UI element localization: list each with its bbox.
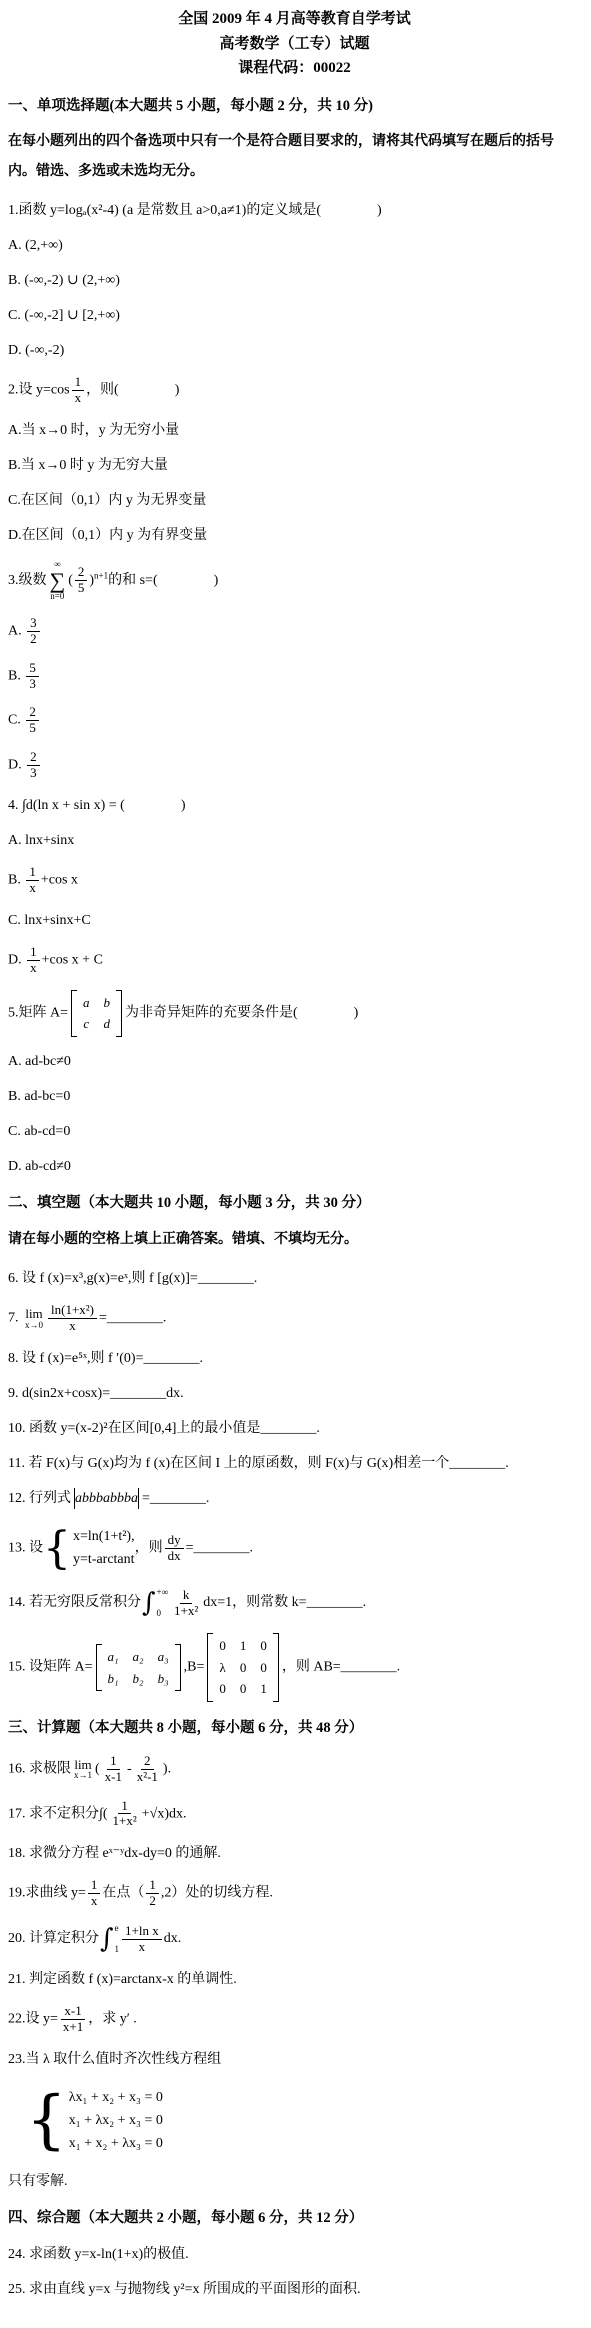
fraction: 1x — [72, 375, 85, 406]
determinant: abbbabbba — [74, 1488, 139, 1509]
det-cell: b — [110, 1491, 117, 1506]
sigma-icon: ∑ — [50, 570, 66, 592]
option-5-c: C. ab-cd=0 — [8, 1121, 581, 1142]
det-cell: b — [96, 1491, 103, 1506]
equation-system: {x=ln(1+t²),y=t-arctant — [43, 1525, 135, 1571]
question-3-pre: 3.级数 — [8, 573, 47, 588]
question-number: 7. — [8, 1311, 19, 1326]
matrix-cell: a₂ — [133, 1647, 144, 1667]
fraction-denominator: 5 — [26, 721, 39, 736]
section1-heading: 一、单项选择题(本大题共 5 小题，每小题 2 分，共 10 分) — [8, 96, 581, 118]
fraction-denominator: 1+x² — [171, 1604, 201, 1619]
bracket-right — [116, 990, 122, 1037]
system-row: x=ln(1+t²), — [73, 1525, 135, 1548]
integral-upper-limit: +∞ — [157, 1588, 169, 1597]
fraction: k1+x² — [171, 1588, 201, 1619]
fraction-denominator: 5 — [75, 581, 88, 596]
question-5: 5.矩阵 A=abcd为非奇异矩阵的充要条件是( ) — [8, 990, 581, 1037]
matrix-cell: 0 — [219, 1679, 226, 1699]
fraction: ln(1+x²)x — [48, 1303, 97, 1334]
fraction-numerator: 1+ln x — [122, 1924, 162, 1940]
question-23-tail: 只有零解. — [8, 2171, 581, 2192]
fraction: 11+x² — [110, 1799, 140, 1830]
option-5-d: D. ab-cd≠0 — [8, 1156, 581, 1177]
fraction-denominator: 1+x² — [110, 1814, 140, 1829]
fraction-denominator: 3 — [26, 677, 39, 692]
fraction-denominator: x-1 — [102, 1770, 125, 1785]
det-cell: a — [75, 1491, 82, 1506]
exponent: n+1 — [94, 570, 108, 580]
question-15-post: ，则 AB=________. — [282, 1660, 400, 1675]
integral-upper-limit: e — [115, 1924, 120, 1933]
section1-instructions: 在每小题列出的四个备选项中只有一个是符合题目要求的，请将其代码填写在题后的括号内… — [8, 127, 581, 186]
paren-close: ). — [163, 1761, 171, 1776]
matrix-cell: 1 — [240, 1636, 247, 1656]
question-3-post: 的和 s=( ) — [108, 573, 218, 588]
det-cell: a — [103, 1491, 110, 1506]
question-25: 25. 求由直线 y=x 与抛物线 y²=x 所围成的平面图形的面积. — [8, 2279, 581, 2300]
lim-subscript: x→1 — [74, 1771, 92, 1780]
paren-open: ( — [95, 1761, 100, 1776]
fraction-numerator: dy — [165, 1533, 184, 1549]
question-6: 6. 设 f (x)=x³,g(x)=eˣ,则 f [g(x)]=_______… — [8, 1268, 581, 1289]
option-2-b: B.当 x→0 时 y 为无穷大量 — [8, 455, 581, 476]
section2-heading: 二、填空题（本大题共 10 小题，每小题 3 分，共 30 分） — [8, 1193, 581, 1215]
question-14-post: dx=1，则常数 k=________. — [203, 1596, 366, 1611]
fraction: 53 — [26, 661, 39, 692]
question-17-post: +√x)dx. — [142, 1806, 187, 1821]
option-4-b: B. 1x+cos x — [8, 865, 581, 896]
section2-instructions: 请在每小题的空格上填上正确答案。错填、不填均无分。 — [8, 1225, 581, 1254]
fraction-numerator: 3 — [27, 616, 40, 632]
question-21: 21. 判定函数 f (x)=arctanx-x 的单调性. — [8, 1969, 581, 1990]
question-13: 13. 设{x=ln(1+t²),y=t-arctant，则dydx=_____… — [8, 1523, 581, 1573]
question-7: 7. limx→0ln(1+x²)x=________. — [8, 1303, 581, 1334]
question-11: 11. 若 F(x)与 G(x)均为 f (x)在区间 I 上的原函数，则 F(… — [8, 1453, 581, 1474]
fraction-denominator: x — [66, 1319, 79, 1334]
question-7-post: =________. — [99, 1311, 166, 1326]
question-5-post: 为非奇异矩阵的充要条件是( ) — [125, 1006, 358, 1021]
option-3-d: D. 23 — [8, 750, 581, 781]
option-5-a: A. ad-bc≠0 — [8, 1051, 581, 1072]
question-12-post: =________. — [142, 1491, 209, 1506]
option-letter: B. — [8, 668, 21, 683]
question-2-post: ，则( ) — [86, 383, 179, 398]
option-2-c: C.在区间（0,1）内 y 为无界变量 — [8, 490, 581, 511]
question-19: 19.求曲线 y=1x在点（12,2）处的切线方程. — [8, 1878, 581, 1909]
question-15: 15. 设矩阵 A=a₁a₂a₃b₁b₂b₃,B=010λ00001，则 AB=… — [8, 1633, 581, 1702]
fraction-denominator: x+1 — [60, 2020, 86, 2035]
fraction-denominator: x — [72, 391, 85, 406]
bracket-right — [175, 1644, 181, 1691]
option-tail: +cos x + C — [42, 953, 103, 968]
det-cell: a — [131, 1491, 138, 1506]
fraction: 25 — [26, 705, 39, 736]
question-1: 1.函数 y=logₐ(x²-4) (a 是常数且 a>0,a≠1)的定义域是(… — [8, 200, 581, 221]
system-row: λx₁ + x₂ + x₃ = 0 — [69, 2086, 163, 2109]
fraction-denominator: 2 — [146, 1894, 159, 1909]
question-15-mid: ,B= — [184, 1660, 205, 1675]
fraction: 1x — [27, 945, 40, 976]
question-15-pre: 15. 设矩阵 A= — [8, 1660, 93, 1675]
option-3-b: B. 53 — [8, 661, 581, 692]
matrix-cell: 0 — [260, 1658, 267, 1678]
question-2: 2.设 y=cos1x，则( ) — [8, 375, 581, 406]
integral-icon: ∫ — [142, 1590, 156, 1616]
minus-sign: - — [127, 1761, 132, 1776]
question-19-post: ,2）处的切线方程. — [161, 1886, 273, 1901]
question-17-pre: 17. 求不定积分∫( — [8, 1806, 108, 1821]
lim-word: lim — [25, 1307, 42, 1321]
fraction-denominator: 2 — [27, 632, 40, 647]
question-22-post: ，求 y′ . — [88, 2012, 137, 2027]
fraction: x-1x+1 — [60, 2004, 86, 2035]
option-letter: C. — [8, 713, 21, 728]
det-cell: b — [124, 1491, 131, 1506]
fraction: 1+ln xx — [122, 1924, 162, 1955]
matrix-cell: b — [104, 993, 111, 1013]
question-22-pre: 22.设 y= — [8, 2012, 58, 2027]
integral-operator: ∫+∞0 — [142, 1587, 168, 1619]
option-2-d: D.在区间（0,1）内 y 为有界变量 — [8, 525, 581, 546]
system-row: x₁ + λx₂ + x₃ = 0 — [69, 2109, 163, 2132]
matrix-cell: 0 — [240, 1679, 247, 1699]
matrix-B: 010λ00001 — [207, 1633, 279, 1702]
fraction-denominator: 3 — [27, 766, 40, 781]
question-9: 9. d(sin2x+cosx)=________dx. — [8, 1383, 581, 1404]
exam-title-line2: 高考数学（工专）试题 — [8, 33, 581, 56]
question-22: 22.设 y=x-1x+1，求 y′ . — [8, 2004, 581, 2035]
fraction: 2x²-1 — [134, 1754, 161, 1785]
question-19-mid: 在点（ — [102, 1886, 144, 1901]
fraction-numerator: 1 — [146, 1878, 159, 1894]
brace-icon: { — [26, 2092, 67, 2150]
paren-open: ( — [68, 573, 73, 588]
course-code: 课程代码：00022 — [8, 57, 581, 80]
system-row: y=t-arctant — [73, 1548, 135, 1571]
fraction-numerator: 2 — [75, 565, 88, 581]
question-23-system: {λx₁ + x₂ + x₃ = 0x₁ + λx₂ + x₃ = 0x₁ + … — [26, 2084, 581, 2157]
question-13-post: =________. — [186, 1541, 253, 1556]
question-17: 17. 求不定积分∫(11+x²+√x)dx. — [8, 1799, 581, 1830]
question-13-mid: ，则 — [135, 1541, 163, 1556]
question-2-pre: 2.设 y=cos — [8, 383, 70, 398]
fraction-numerator: 1 — [107, 1754, 120, 1770]
option-4-d: D. 1x+cos x + C — [8, 945, 581, 976]
question-14: 14. 若无穷限反常积分∫+∞0k1+x²dx=1，则常数 k=________… — [8, 1587, 581, 1619]
fraction-numerator: 1 — [26, 865, 39, 881]
question-10: 10. 函数 y=(x-2)²在区间[0,4]上的最小值是________. — [8, 1418, 581, 1439]
lim-subscript: x→0 — [25, 1321, 43, 1330]
question-13-pre: 13. 设 — [8, 1541, 43, 1556]
matrix-cell: b₃ — [158, 1669, 169, 1689]
option-1-c: C. (-∞,-2] ∪ [2,+∞) — [8, 305, 581, 326]
matrix-cell: a₃ — [158, 1647, 169, 1667]
question-4: 4. ∫d(ln x + sin x) = ( ) — [8, 795, 581, 816]
fraction-numerator: 1 — [118, 1799, 131, 1815]
question-16: 16. 求极限limx→1(1x-1-2x²-1). — [8, 1754, 581, 1785]
fraction: 1x-1 — [102, 1754, 125, 1785]
fraction-denominator: x²-1 — [134, 1770, 161, 1785]
fraction-numerator: 2 — [141, 1754, 154, 1770]
integral-lower-limit: 1 — [115, 1945, 120, 1954]
question-12-pre: 12. 行列式 — [8, 1491, 71, 1506]
fraction: dydx — [165, 1533, 184, 1564]
det-cell: b — [89, 1491, 96, 1506]
option-letter: D. — [8, 758, 22, 773]
equation-system: {λx₁ + x₂ + x₃ = 0x₁ + λx₂ + x₃ = 0x₁ + … — [26, 2086, 163, 2155]
option-2-a: A.当 x→0 时，y 为无穷小量 — [8, 420, 581, 441]
fraction: 1x — [88, 1878, 101, 1909]
fraction: 23 — [27, 750, 40, 781]
matrix-cell: 0 — [219, 1636, 226, 1656]
option-1-d: D. (-∞,-2) — [8, 340, 581, 361]
fraction-denominator: dx — [165, 1549, 184, 1564]
question-19-pre: 19.求曲线 y= — [8, 1886, 86, 1901]
matrix-cell: 0 — [240, 1658, 247, 1678]
matrix-cell: 1 — [260, 1679, 267, 1699]
option-letter: D. — [8, 953, 22, 968]
option-5-b: B. ad-bc=0 — [8, 1086, 581, 1107]
sigma-operator: ∞∑n=0 — [50, 560, 66, 602]
section4-heading: 四、综合题（本大题共 2 小题，每小题 6 分，共 12 分） — [8, 2208, 581, 2230]
matrix-cell: c — [83, 1014, 89, 1034]
option-tail: +cos x — [41, 873, 78, 888]
fraction-numerator: ln(1+x²) — [48, 1303, 97, 1319]
question-16-pre: 16. 求极限 — [8, 1761, 71, 1776]
question-20-post: dx. — [164, 1932, 182, 1947]
fraction-numerator: 2 — [27, 750, 40, 766]
option-3-c: C. 25 — [8, 705, 581, 736]
exam-title-line1: 全国 2009 年 4 月高等教育自学考试 — [8, 8, 581, 31]
brace-icon: { — [43, 1529, 71, 1569]
fraction-denominator: x — [26, 881, 39, 896]
matrix-cell: λ — [219, 1658, 225, 1678]
matrix-cell: a₁ — [108, 1647, 119, 1667]
option-1-b: B. (-∞,-2) ∪ (2,+∞) — [8, 270, 581, 291]
limit-operator: limx→1 — [74, 1758, 92, 1781]
question-23: 23.当 λ 取什么值时齐次性线方程组 — [8, 2049, 581, 2070]
system-row: x₁ + x₂ + λx₃ = 0 — [69, 2132, 163, 2155]
det-cell: b — [82, 1491, 89, 1506]
fraction-numerator: k — [180, 1588, 193, 1604]
integral-lower-limit: 0 — [157, 1609, 169, 1618]
det-cell: b — [117, 1491, 124, 1506]
fraction-numerator: 1 — [88, 1878, 101, 1894]
fraction-denominator: x — [136, 1940, 149, 1955]
section3-heading: 三、计算题（本大题共 8 小题，每小题 6 分，共 48 分） — [8, 1718, 581, 1740]
question-14-pre: 14. 若无穷限反常积分 — [8, 1596, 141, 1611]
option-4-c: C. lnx+sinx+C — [8, 910, 581, 931]
limit-operator: limx→0 — [25, 1307, 43, 1330]
integral-icon: ∫ — [100, 1926, 114, 1952]
bracket-right — [273, 1633, 279, 1702]
option-letter: B. — [8, 873, 21, 888]
matrix-cell: b₁ — [108, 1669, 119, 1689]
matrix-cell: 0 — [260, 1636, 267, 1656]
exam-paper: 全国 2009 年 4 月高等教育自学考试 高考数学（工专）试题 课程代码：00… — [0, 0, 591, 2328]
fraction-numerator: 1 — [27, 945, 40, 961]
fraction-denominator: x — [27, 961, 40, 976]
fraction-numerator: x-1 — [61, 2004, 84, 2020]
question-24: 24. 求函数 y=x-ln(1+x)的极值. — [8, 2244, 581, 2265]
fraction: 12 — [146, 1878, 159, 1909]
option-4-a: A. lnx+sinx — [8, 830, 581, 851]
fraction-numerator: 5 — [26, 661, 39, 677]
matrix-cell: a — [83, 993, 90, 1013]
fraction-denominator: x — [88, 1894, 101, 1909]
question-8: 8. 设 f (x)=e⁵ˣ,则 f ′(0)=________. — [8, 1348, 581, 1369]
fraction-numerator: 2 — [26, 705, 39, 721]
question-5-pre: 5.矩阵 A= — [8, 1006, 68, 1021]
option-3-a: A. 32 — [8, 616, 581, 647]
question-20-pre: 20. 计算定积分 — [8, 1932, 99, 1947]
sigma-lower-limit: n=0 — [50, 592, 64, 602]
matrix-cell: b₂ — [133, 1669, 144, 1689]
question-1-text: 1.函数 y=logₐ(x²-4) (a 是常数且 a>0,a≠1)的定义域是(… — [8, 203, 382, 218]
question-12: 12. 行列式abbbabbba=________. — [8, 1488, 581, 1509]
fraction: 1x — [26, 865, 39, 896]
matrix-cell: d — [104, 1014, 111, 1034]
matrix-A: a₁a₂a₃b₁b₂b₃ — [96, 1644, 181, 1691]
question-3: 3.级数∞∑n=0(25)n+1的和 s=( ) — [8, 560, 581, 602]
matrix: abcd — [71, 990, 122, 1037]
fraction: 32 — [27, 616, 40, 647]
integral-operator: ∫e1 — [100, 1923, 119, 1955]
option-letter: A. — [8, 623, 22, 638]
question-20: 20. 计算定积分∫e11+ln xxdx. — [8, 1923, 581, 1955]
question-18: 18. 求微分方程 eˣ⁻ʸdx-dy=0 的通解. — [8, 1843, 581, 1864]
fraction-numerator: 1 — [72, 375, 85, 391]
fraction: 25 — [75, 565, 88, 596]
lim-word: lim — [74, 1758, 91, 1772]
option-1-a: A. (2,+∞) — [8, 235, 581, 256]
